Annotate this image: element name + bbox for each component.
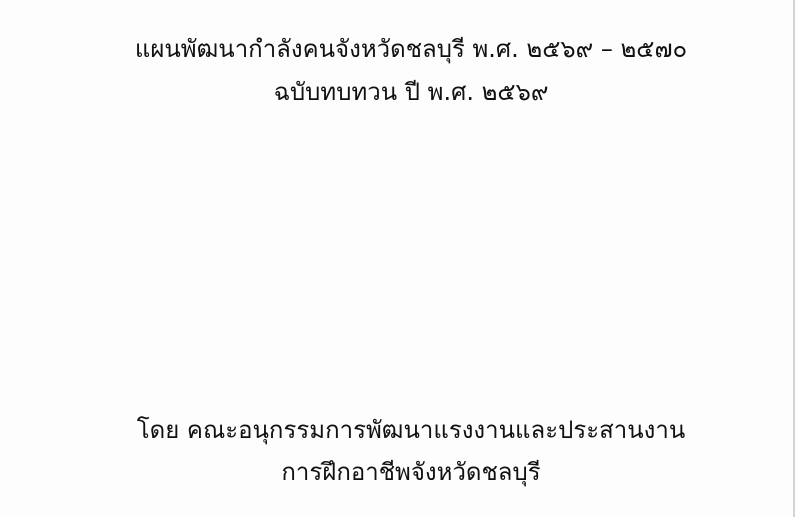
document-title-line-2: ฉบับทบทวน ปี พ.ศ. ๒๕๖๙: [0, 80, 795, 104]
document-byline-line-1: โดย คณะอนุกรรมการพัฒนาแรงงานและประสานงาน: [0, 418, 795, 442]
document-title-line-1: แผนพัฒนากำลังคนจังหวัดชลบุรี พ.ศ. ๒๕๖๙ –…: [0, 37, 795, 61]
document-byline-line-2: การฝึกอาชีพจังหวัดชลบุรี: [0, 460, 795, 484]
document-page: แผนพัฒนากำลังคนจังหวัดชลบุรี พ.ศ. ๒๕๖๙ –…: [0, 0, 795, 517]
